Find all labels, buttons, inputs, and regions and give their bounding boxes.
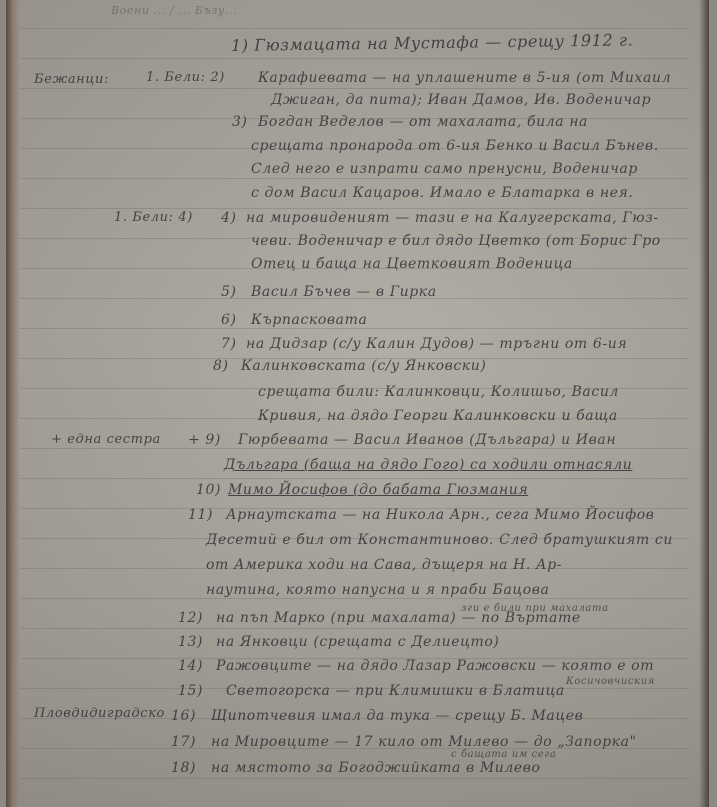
entry-line: наутина, която напусна и я праби Бацова bbox=[206, 582, 549, 598]
entry-number: 8) bbox=[213, 358, 229, 374]
ruled-line bbox=[20, 448, 689, 449]
entry-line: Арнаутската — на Никола Арн., сега Мимо … bbox=[226, 507, 655, 523]
ruled-line bbox=[20, 598, 689, 599]
entry-line: Светогорска — при Климишки в Блатица bbox=[226, 683, 565, 699]
entry-line: Кривия, на дядо Георги Калинковски и бащ… bbox=[258, 408, 618, 424]
margin-note-sister: + една сестра bbox=[51, 432, 161, 447]
interlinear-note: с бащата им сега bbox=[451, 749, 556, 760]
ruled-line bbox=[20, 328, 689, 329]
entry-number: 6) bbox=[221, 312, 237, 328]
entry-line: Щипотчевия имал да тука — срещу Б. Мацев bbox=[211, 708, 583, 724]
faint-header-note: Воени ... / ... Бъзу... bbox=[111, 4, 237, 17]
entry-number: 10) bbox=[196, 482, 221, 498]
entry-line: срещата пронарода от 6-ия Бенко и Васил … bbox=[251, 138, 659, 154]
entry-line: Васил Бъчев — в Гирка bbox=[251, 284, 437, 300]
entry-line: на Дидзар (с/у Калин Дудов) — тръгни от … bbox=[246, 336, 627, 352]
entry-line: на пъп Марко (при махалата) — по Въртате bbox=[216, 610, 581, 626]
notebook-page: Воени ... / ... Бъзу... 1) Гюзмацата на … bbox=[6, 0, 709, 807]
ruled-line bbox=[20, 88, 689, 89]
entry-line: чеви. Воденичар е бил дядо Цветко (от Бо… bbox=[251, 233, 661, 249]
entry-line: на Мировците — 17 кило от Милево — до „З… bbox=[211, 734, 637, 750]
entry-number: + 9) bbox=[188, 432, 221, 448]
entry-line: от Америка ходи на Сава, дъщеря на Н. Ар… bbox=[206, 557, 562, 573]
entry-line: на мировиденият — тази е на Калугерската… bbox=[246, 210, 659, 226]
ruled-line bbox=[20, 628, 689, 629]
ruled-line bbox=[20, 178, 689, 179]
margin-note-count-2: 1. Бели: 4) bbox=[114, 210, 193, 225]
entry-number: 7) bbox=[221, 336, 237, 352]
margin-note-count-1: 1. Бели: 2) bbox=[146, 70, 225, 85]
ruled-line bbox=[20, 58, 689, 59]
entry-number: 17) bbox=[171, 734, 196, 750]
entry-number: 16) bbox=[171, 708, 196, 724]
entry-line: Десетий е бил от Константиново. След бра… bbox=[206, 532, 673, 548]
entry-line: Карафиевата — на уплашените в 5-ия (от М… bbox=[258, 70, 671, 86]
entry-number: 18) bbox=[171, 760, 196, 776]
entry-number: 11) bbox=[188, 507, 213, 523]
entry-line: на Янковци (срещата с Делиецто) bbox=[216, 634, 499, 650]
ruled-line bbox=[20, 28, 689, 29]
binding-shadow bbox=[6, 0, 20, 807]
entry-line: След него е изпрати само пренусни, Воден… bbox=[251, 161, 638, 177]
entry-number: 5) bbox=[221, 284, 237, 300]
entry-line: Кърпасковата bbox=[251, 312, 367, 328]
ruled-line bbox=[20, 778, 689, 779]
entry-line: Ражовците — на дядо Лазар Ражовски — коя… bbox=[216, 658, 654, 674]
margin-note-bezhantsi: Бежанци: bbox=[34, 72, 109, 87]
entry-number: 12) bbox=[178, 610, 203, 626]
entry-line: Калинковската (с/у Янковски) bbox=[241, 358, 486, 374]
entry-line: Гюрбевата — Васил Иванов (Дъльгара) и Ив… bbox=[238, 432, 616, 448]
entry-number: 4) bbox=[221, 210, 237, 226]
interlinear-note: Косичовчиския bbox=[566, 676, 655, 687]
entry-number: 15) bbox=[178, 683, 203, 699]
entry-line: Богдан Веделов — от махалата, била на bbox=[258, 114, 588, 130]
entry-line: срещата били: Калинковци, Колишьо, Васил bbox=[258, 384, 619, 400]
entry-line: Дъльгара (баща на дядо Гого) са ходили о… bbox=[224, 457, 632, 473]
entry-number: 13) bbox=[178, 634, 203, 650]
entry-line: Отец и баща на Цветковият Воденица bbox=[251, 256, 573, 272]
page-edge-shadow bbox=[699, 0, 709, 807]
ruled-line bbox=[20, 208, 689, 209]
entry-number: 3) bbox=[232, 114, 248, 130]
ruled-line bbox=[20, 478, 689, 479]
entry-number: 14) bbox=[178, 658, 203, 674]
entry-line: Мимо Йосифов (до бабата Гюзмания bbox=[228, 482, 528, 498]
entry-line: на мястото за Богоджийката в Милево bbox=[211, 760, 541, 776]
entry-line: с дом Васил Кацаров. Имало е Блатарка в … bbox=[251, 185, 633, 201]
document-title: 1) Гюзмацата на Мустафа — срещу 1912 г. bbox=[231, 30, 634, 55]
margin-note-region: Пловдидиградско bbox=[34, 706, 165, 721]
entry-line: Джиган, да пита); Иван Дамов, Ив. Водени… bbox=[271, 92, 651, 108]
